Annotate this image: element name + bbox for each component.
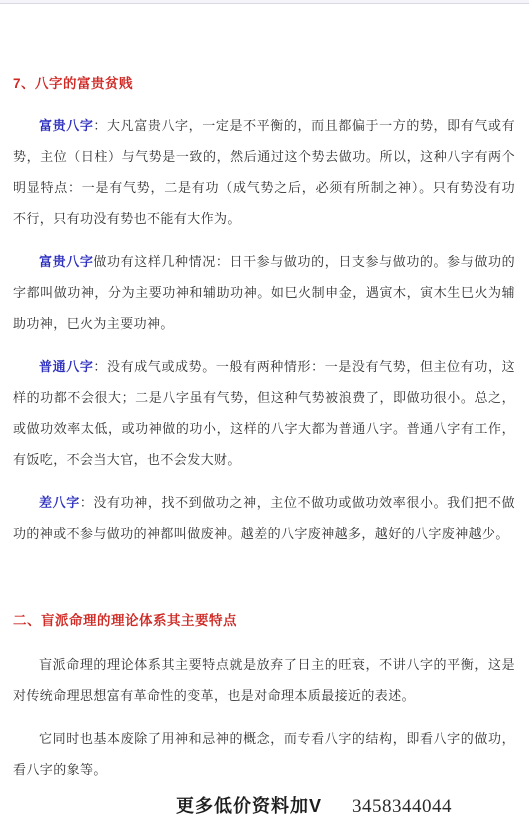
paragraph-rich-bazi-definition: 富贵八字：大凡富贵八字，一定是不平衡的，而且都偏于一方的势，即有气或有势，主位（… — [13, 110, 515, 234]
paragraph-mangpai-features: 盲派命理的理论体系其主要特点就是放弃了日主的旺衰，不讲八字的平衡，这是对传统命理… — [13, 649, 515, 711]
footer-watermark: 更多低价资料加V 3458344044 — [63, 793, 529, 820]
paragraph-lead-ordinary-bazi: 普通八字 — [39, 359, 93, 374]
document-body: 7、八字的富贵贫贱 富贵八字：大凡富贵八字，一定是不平衡的，而且都偏于一方的势，… — [0, 74, 529, 820]
paragraph-lead-rich-bazi: 富贵八字 — [39, 254, 93, 269]
page-top-strip — [0, 0, 529, 4]
paragraph-lead-rich-bazi: 富贵八字 — [39, 118, 93, 133]
section-heading-mangpai-theory: 二、盲派命理的理论体系其主要特点 — [13, 611, 515, 631]
paragraph-lead-poor-bazi: 差八字 — [39, 495, 80, 510]
paragraph-text: ：大凡富贵八字，一定是不平衡的，而且都偏于一方的势，即有气或有势，主位（日柱）与… — [13, 118, 515, 226]
paragraph-text: 它同时也基本废除了用神和忌神的概念，而专看八字的结构，即看八字的做功，看八字的象… — [13, 731, 515, 777]
paragraph-ordinary-bazi: 普通八字：没有成气或成势。一般有两种情形：一是没有气势，但主位有功，这样的功都不… — [13, 351, 515, 475]
section-heading-bazi-wealth: 7、八字的富贵贫贱 — [13, 74, 515, 94]
footer-promo-label: 更多低价资料加V — [176, 793, 322, 819]
footer-contact-number: 3458344044 — [352, 794, 452, 820]
paragraph-mangpai-structure: 它同时也基本废除了用神和忌神的概念，而专看八字的结构，即看八字的做功，看八字的象… — [13, 723, 515, 785]
paragraph-text: ：没有功神，找不到做功之神，主位不做功或做功效率很小。我们把不做功的神或不参与做… — [13, 495, 515, 541]
paragraph-poor-bazi: 差八字：没有功神，找不到做功之神，主位不做功或做功效率很小。我们把不做功的神或不… — [13, 487, 515, 549]
paragraph-text: 盲派命理的理论体系其主要特点就是放弃了日主的旺衰，不讲八字的平衡，这是对传统命理… — [13, 657, 515, 703]
paragraph-rich-bazi-gongshen: 富贵八字做功有这样几种情况：日干参与做功的，日支参与做功的。参与做功的字都叫做功… — [13, 246, 515, 339]
paragraph-text: ：没有成气或成势。一般有两种情形：一是没有气势，但主位有功，这样的功都不会很大；… — [13, 359, 515, 467]
